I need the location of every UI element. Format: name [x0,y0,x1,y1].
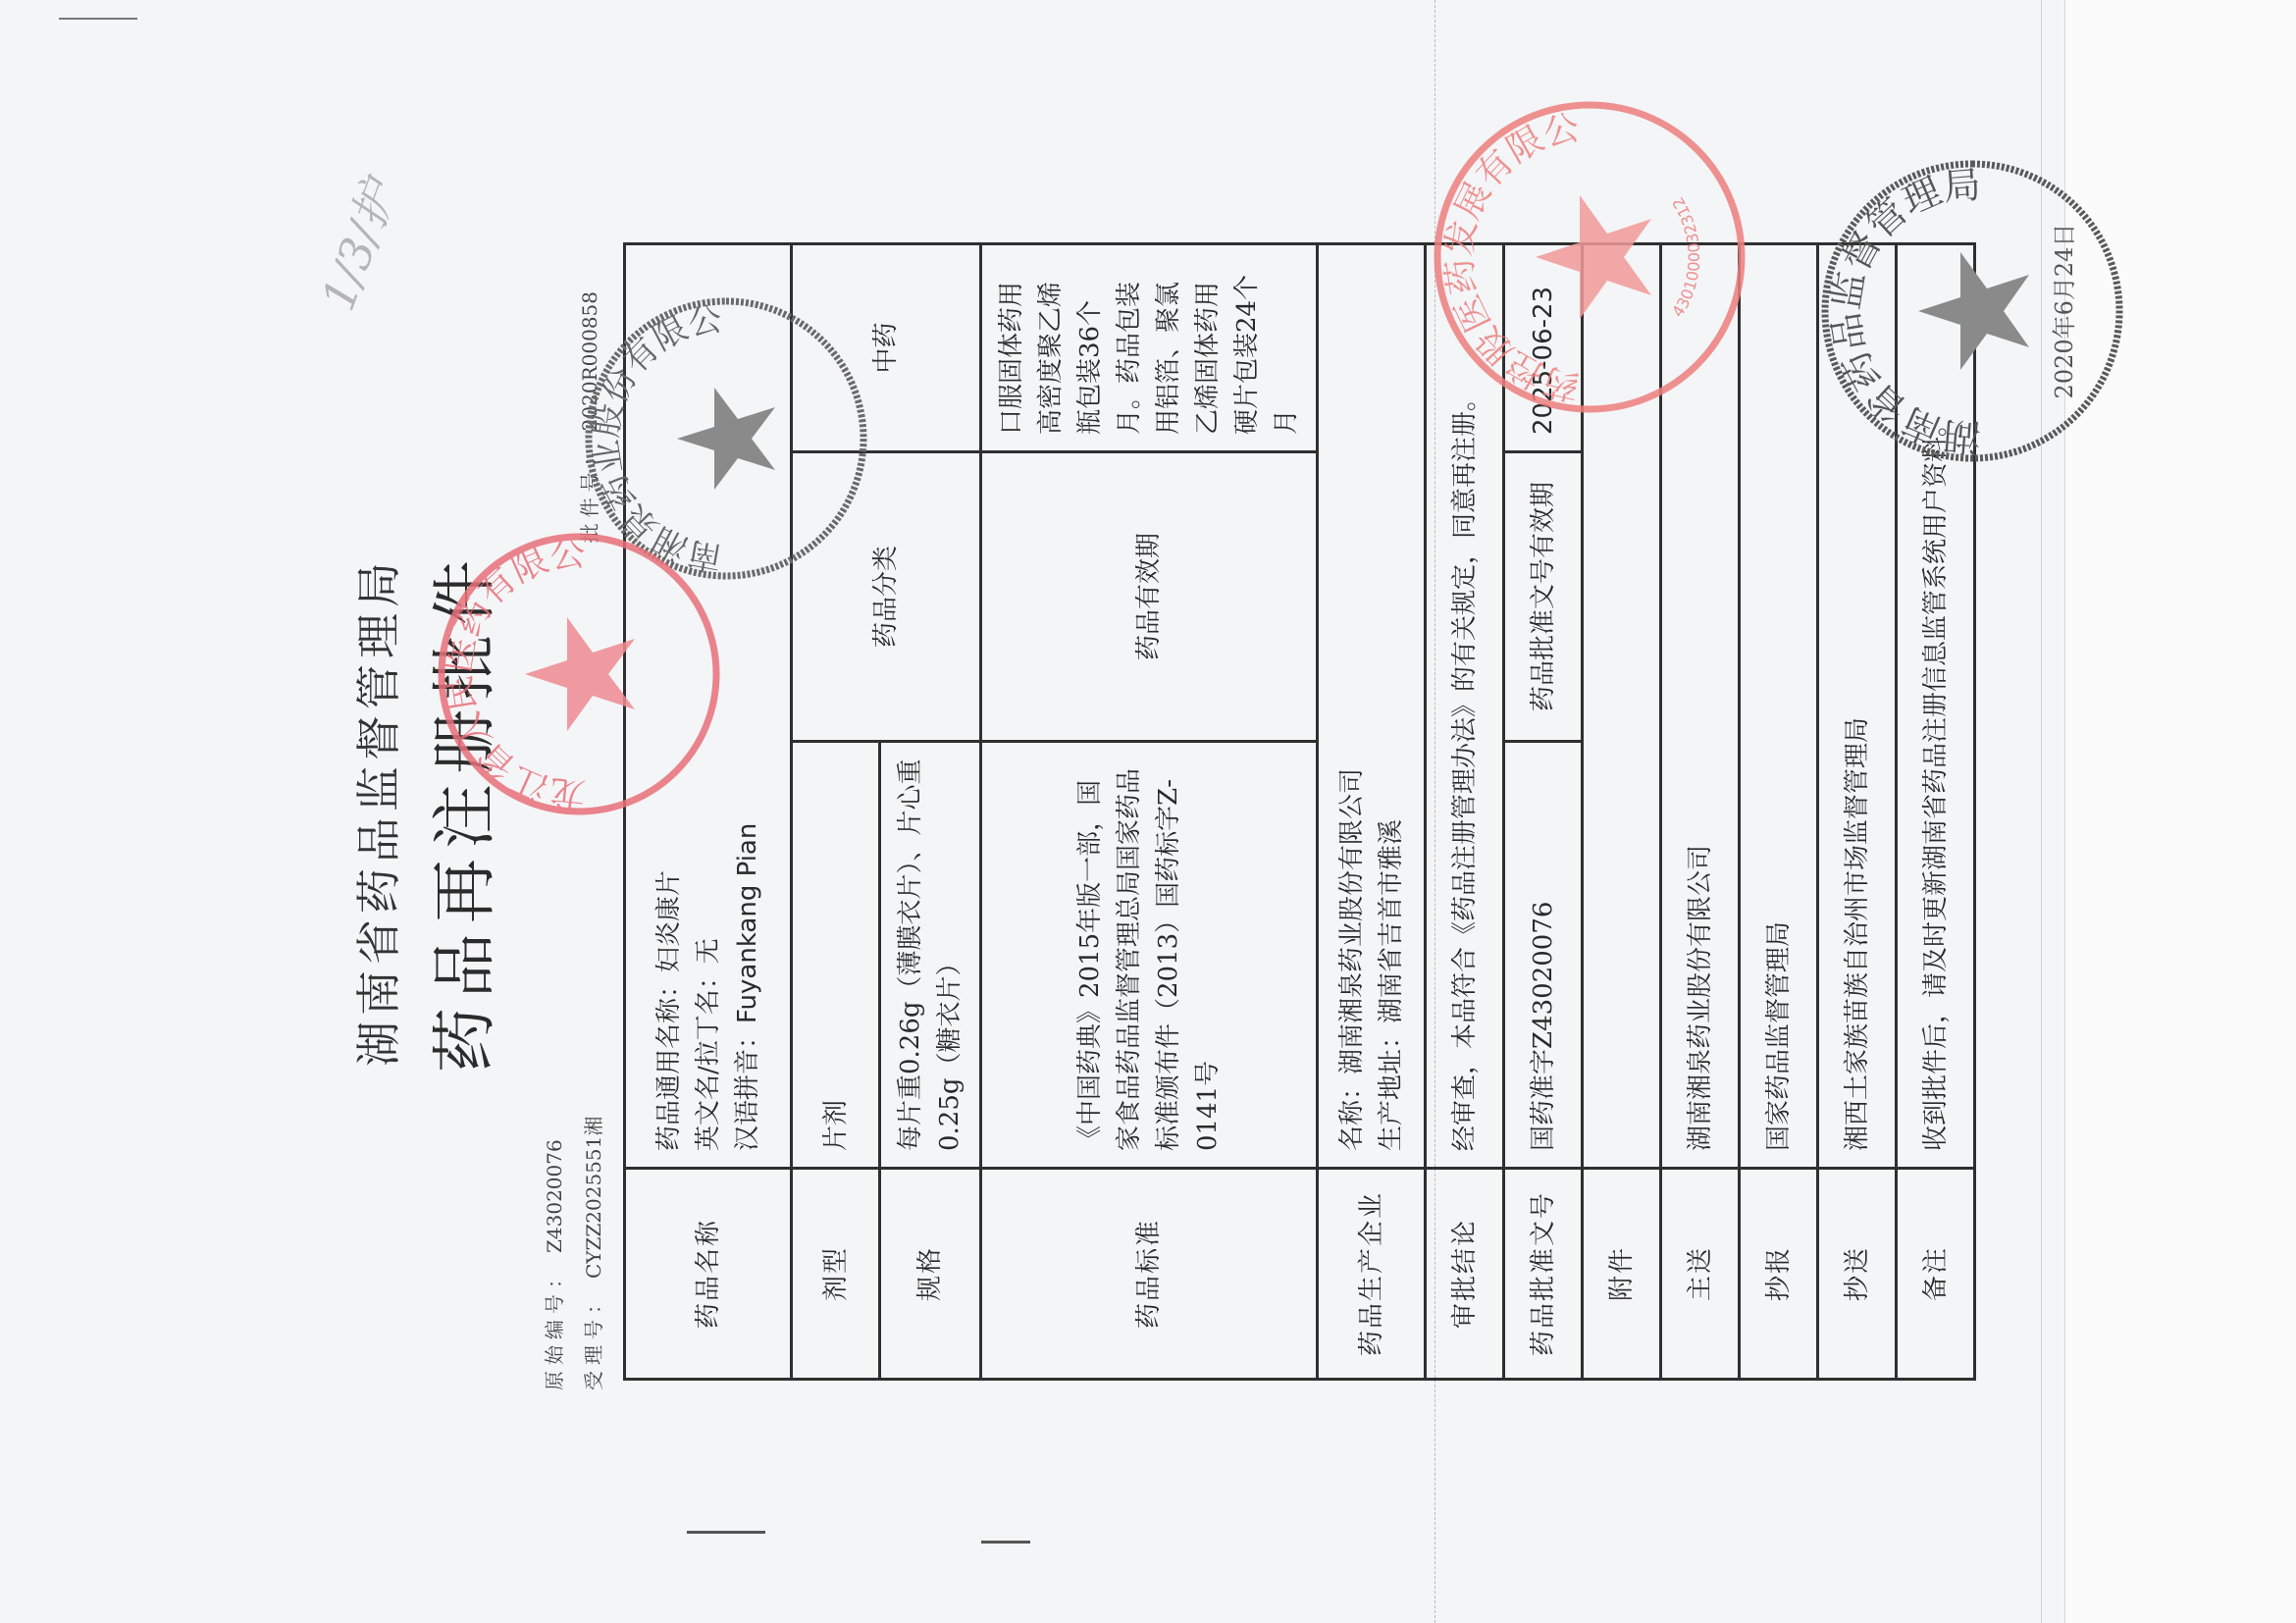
attachment-value [1583,244,1661,1169]
drug-name-cell: 药品通用名称：妇炎康片 英文名/拉丁名：无 汉语拼音：Fuyankang Pia… [625,244,792,1169]
table-row: 抄送 湘西土家族苗族自治州市场监督管理局 [1818,244,1897,1380]
issuing-authority: 湖南省药品监督管理局 [343,174,408,1449]
scan-margin [2064,0,2296,1623]
manufacturer-address: 湖南省吉首市雅溪 [1377,819,1406,1023]
dosage-form-label: 剂型 [792,1169,880,1380]
main-recipient-label: 主送 [1661,1169,1740,1380]
approval-validity-label: 药品批准文号有效期 [1504,452,1583,742]
original-number: 原始编号：Z43020076 [535,1117,574,1390]
cc-send-label: 抄送 [1818,1169,1897,1380]
approval-table: 药品名称 药品通用名称：妇炎康片 英文名/拉丁名：无 汉语拼音：Fuyankan… [623,242,1976,1381]
scan-fold-line [2041,0,2042,1623]
document-page: 湖南省药品监督管理局 药品再注册批件 1/3/护 原始编号：Z43020076 … [285,174,2011,1449]
table-row: 剂型 片剂 药品分类 中药 [792,244,880,1380]
cc-report-label: 抄报 [1740,1169,1818,1380]
approval-validity-value: 2025-06-23 [1504,244,1583,452]
cc-report-value: 国家药品监督管理局 [1740,244,1818,1169]
attachment-label: 附件 [1583,1169,1661,1380]
drug-name-label: 药品名称 [625,1169,792,1380]
specification-value: 每片重0.26g（薄膜衣片）、片心重0.25g（糖衣片） [880,742,981,1169]
cc-send-value: 湘西土家族苗族自治州市场监督管理局 [1818,244,1897,1169]
scan-mark [59,18,137,20]
table-row: 药品批准文号 国药准字Z43020076 药品批准文号有效期 2025-06-2… [1504,244,1583,1380]
main-recipient-value: 湖南湘泉药业股份有限公司 [1661,244,1740,1169]
table-row: 审批结论 经审查，本品符合《药品注册管理办法》的有关规定，同意再注册。 [1426,244,1504,1380]
acceptance-number: 受理号：CYZZ2025551湘 [574,1117,613,1390]
manufacturer-name: 湖南湘泉药业股份有限公司 [1337,768,1367,1074]
table-row: 抄报 国家药品监督管理局 [1740,244,1818,1380]
table-row: 药品名称 药品通用名称：妇炎康片 英文名/拉丁名：无 汉语拼音：Fuyankan… [625,244,792,1380]
shelf-life-label: 药品有效期 [981,452,1318,742]
drug-category-value: 中药 [792,244,981,452]
remarks-value: 收到批件后，请及时更新湖南省药品注册信息监管系统用户资料。 [1897,244,1975,1169]
drug-category-label: 药品分类 [792,452,981,742]
manufacturer-cell: 名称：湖南湘泉药业股份有限公司 生产地址：湖南省吉首市雅溪 [1318,244,1426,1169]
table-row: 备注 收到批件后，请及时更新湖南省药品注册信息监管系统用户资料。 [1897,244,1975,1380]
remarks-label: 备注 [1897,1169,1975,1380]
table-row: 药品标准 《中国药典》2015年版一部，国家食品药品监督管理总局国家药品标准颁布… [981,244,1318,1380]
scan-mark [981,1541,1030,1544]
dosage-form-value: 片剂 [792,742,880,1169]
approval-number-value: 国药准字Z43020076 [1504,742,1583,1169]
pinyin-name: Fuyankang Pian [733,823,762,1023]
table-row: 附件 [1583,244,1661,1380]
specification-label: 规格 [880,1169,981,1380]
conclusion-label: 审批结论 [1426,1169,1504,1380]
table-row: 主送 湖南湘泉药业股份有限公司 [1661,244,1740,1380]
english-name: 无 [694,938,723,964]
scan-mark [687,1531,765,1534]
manufacturer-label: 药品生产企业 [1318,1169,1426,1380]
approval-number-label: 药品批准文号 [1504,1169,1583,1380]
standard-label: 药品标准 [981,1169,1318,1380]
standard-value: 《中国药典》2015年版一部，国家食品药品监督管理总局国家药品标准颁布件（201… [981,742,1318,1169]
conclusion-value: 经审查，本品符合《药品注册管理办法》的有关规定，同意再注册。 [1426,244,1504,1169]
table-row: 药品生产企业 名称：湖南湘泉药业股份有限公司 生产地址：湖南省吉首市雅溪 [1318,244,1426,1380]
shelf-life-value: 口服固体药用高密度聚乙烯瓶包装36个月。药品包装用铝箔、聚氯乙烯固体药用硬片包装… [981,244,1318,452]
approval-document-number: 批件号：2020R000858 [574,291,602,543]
generic-name: 妇炎康片 [654,870,684,972]
document-title: 药品再注册批件 [412,174,505,1449]
